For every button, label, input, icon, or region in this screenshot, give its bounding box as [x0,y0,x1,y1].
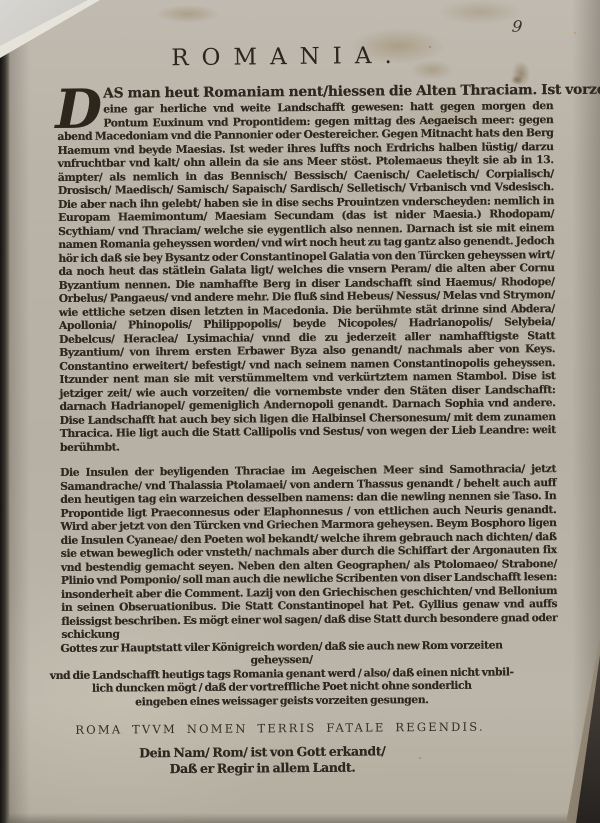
drop-cap-initial: D [55,88,99,130]
german-verse: Dein Nam/ Rom/ ist von Gott erkandt/ Daß… [14,742,510,777]
latin-verse: ROMA TVVM NOMEN TERRIS FATALE REGENDIS. [32,719,528,737]
paragraph-2-taper: Gottes zur Hauptstatt viler Königreich w… [33,638,530,709]
book-photo: 9 ROMANIA. D AS man heut Romaniam nent/h… [0,0,600,823]
paragraph-1-body: eine gar herliche vnd weite Landschafft … [57,99,556,454]
paragraph-2-body: Die Insulen der beyligenden Thraciae im … [60,462,557,641]
page-number: 9 [511,17,523,37]
text-block: D AS man heut Romaniam nent/hiessen die … [57,82,558,777]
paragraph-2: Die Insulen der beyligenden Thraciae im … [60,462,558,709]
book-gutter-shadow [0,0,10,823]
paragraph-1: D AS man heut Romaniam nent/hiessen die … [57,82,556,454]
taper-line: Gottes zur Hauptstatt viler Königreich w… [33,638,529,669]
